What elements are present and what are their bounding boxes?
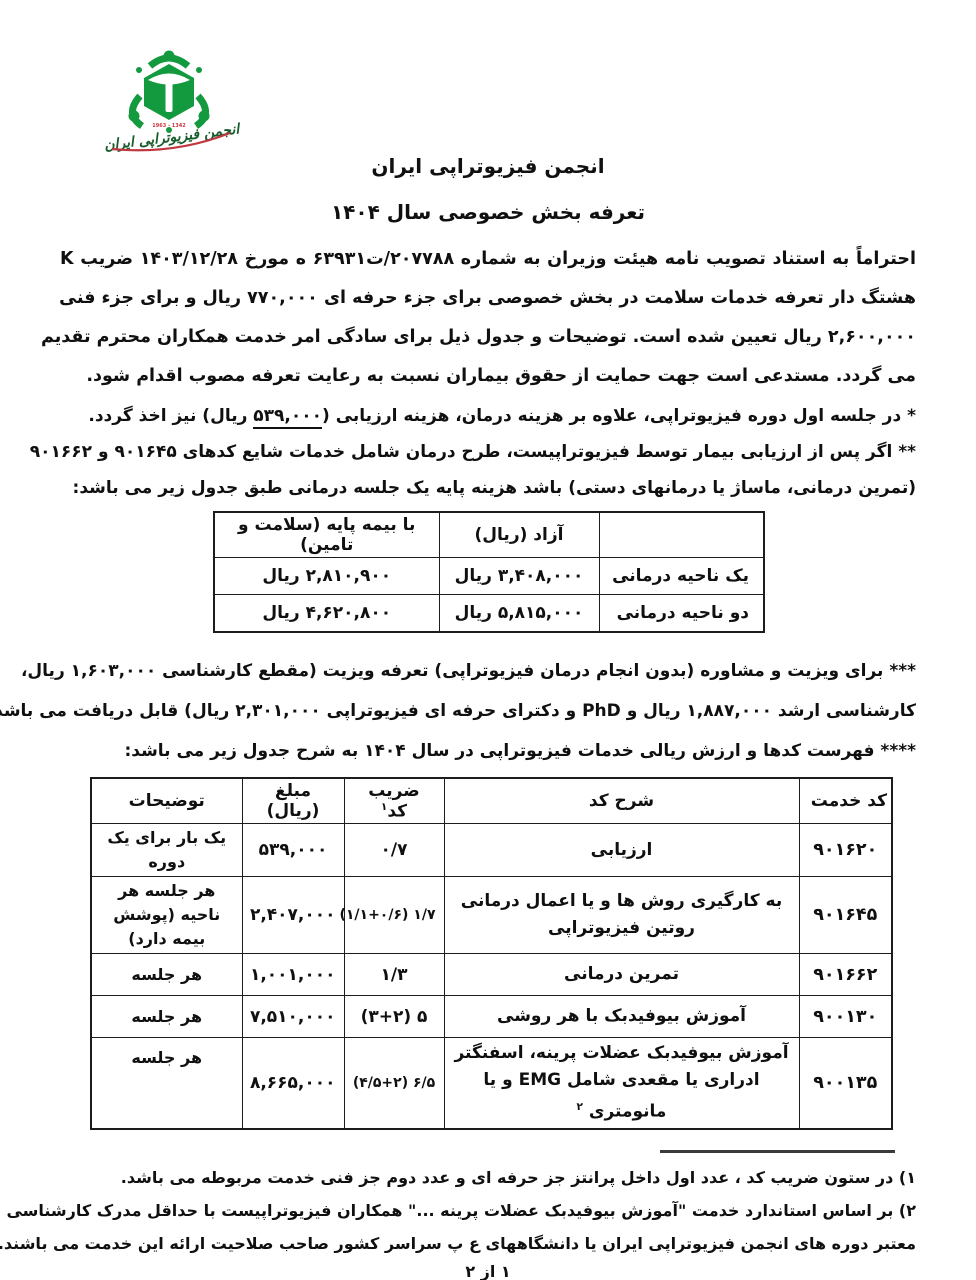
intro-line: احتراماً به استناد تصویب نامه هیئت وزیرا… xyxy=(60,240,916,279)
description-cell: به کارگیری روش ها و یا اعمال درمانی روتی… xyxy=(444,877,799,954)
intro-line: ۲,۶۰۰,۰۰۰ ریال تعیین شده است. توضیحات و … xyxy=(60,318,916,357)
session-fee-table: آزاد (ریال) با بیمه پایه (سلامت و تامین)… xyxy=(213,511,765,633)
underlined-amount: ۵۳۹,۰۰۰ xyxy=(253,406,322,429)
free-amount-cell: ۵,۸۱۵,۰۰۰ ریال xyxy=(439,595,599,632)
logo-torch-icon xyxy=(166,82,173,112)
amount-cell: ۵۳۹,۰۰۰ xyxy=(242,824,344,877)
amount-cell: ۱,۰۰۱,۰۰۰ xyxy=(242,954,344,996)
notes-cell: هر جلسه xyxy=(91,1038,242,1129)
notes-cell: هر جلسه xyxy=(91,996,242,1038)
footnote-2-line1: ۲) بر اساس استاندارد خدمت "آموزش بیوفیدب… xyxy=(60,1194,916,1227)
tariff-table: کد خدمت شرح کد ضریب کد۱ مبلغ (ریال) توضی… xyxy=(90,777,893,1130)
table-row: ۹۰۱۶۶۲ تمرین درمانی ۱/۳ ۱,۰۰۱,۰۰۰ هر جلس… xyxy=(91,954,892,996)
page-number: ۱ از ۲ xyxy=(60,1260,916,1280)
notes-cell: یک بار برای یک دوره xyxy=(91,824,242,877)
coefficient-cell: ۱/۷ (۱/۱+۰/۶) xyxy=(344,877,444,954)
note-first-session: * در جلسه اول دوره فیزیوتراپی، علاوه بر … xyxy=(60,398,916,434)
amount-cell: ۸,۶۶۵,۰۰۰ xyxy=(242,1038,344,1129)
note-common-codes-line2: (تمرین درمانی، ماساژ یا درمانهای دستی) ب… xyxy=(60,470,916,506)
table-row: ۹۰۱۶۲۰ ارزیابی ۰/۷ ۵۳۹,۰۰۰ یک بار برای ی… xyxy=(91,824,892,877)
table-row: یک ناحیه درمانی ۳,۴۰۸,۰۰۰ ریال ۲,۸۱۰,۹۰۰… xyxy=(214,558,764,595)
intro-line: هشتگ دار تعرفه خدمات سلامت در بخش خصوصی … xyxy=(60,279,916,318)
footnote-ref-2: ۲ xyxy=(577,1101,583,1113)
service-code-header: کد خدمت xyxy=(799,778,892,824)
description-cell: آموزش بیوفیدبک عضلات پرینه، اسفنگتر ادرا… xyxy=(444,1038,799,1129)
footnote-divider xyxy=(660,1150,895,1153)
notes-cell: هر جلسه xyxy=(91,954,242,996)
empty-header-cell xyxy=(599,512,764,558)
code-coefficient-header: ضریب کد۱ xyxy=(344,778,444,824)
coefficient-cell: ۱/۳ xyxy=(344,954,444,996)
footnote-1: ۱) در ستون ضریب کد ، عدد اول داخل پرانتز… xyxy=(60,1161,916,1194)
note-text: در جلسه اول دوره فیزیوتراپی، علاوه بر هز… xyxy=(322,406,901,426)
description-cell: تمرین درمانی xyxy=(444,954,799,996)
region-label-cell: یک ناحیه درمانی xyxy=(599,558,764,595)
code-list-note: **** فهرست کدها و ارزش ریالی خدمات فیزیو… xyxy=(60,733,916,769)
visit-note-line1: *** برای ویزیت و مشاوره (بدون انجام درما… xyxy=(60,651,916,691)
coefficient-cell: ۵ (۳+۲) xyxy=(344,996,444,1038)
logo-arm-left xyxy=(132,96,142,126)
logo-graphic: IRANIAN PHYSIOTHERAPY ASSOCIATION 1342 -… xyxy=(83,20,255,154)
service-code-cell: ۹۰۰۱۳۵ xyxy=(799,1038,892,1129)
note-common-codes-line1: ** اگر پس از ارزیابی بیمار توسط فیزیوترا… xyxy=(60,434,916,470)
intro-line: می گردد. مستدعی است جهت حمایت از حقوق بی… xyxy=(60,357,916,396)
free-amount-cell: ۳,۴۰۸,۰۰۰ ریال xyxy=(439,558,599,595)
insured-amount-cell: ۴,۶۲۰,۸۰۰ ریال xyxy=(214,595,439,632)
intro-paragraph: احتراماً به استناد تصویب نامه هیئت وزیرا… xyxy=(60,240,916,396)
page-subtitle: تعرفه بخش خصوصی سال ۱۴۰۴ xyxy=(60,196,916,228)
table-header-row: کد خدمت شرح کد ضریب کد۱ مبلغ (ریال) توضی… xyxy=(91,778,892,824)
service-code-cell: ۹۰۱۶۶۲ xyxy=(799,954,892,996)
table-row: دو ناحیه درمانی ۵,۸۱۵,۰۰۰ ریال ۴,۶۲۰,۸۰۰… xyxy=(214,595,764,632)
footnotes: ۱) در ستون ضریب کد ، عدد اول داخل پرانتز… xyxy=(60,1161,916,1260)
table-row: ۹۰۰۱۳۵ آموزش بیوفیدبک عضلات پرینه، اسفنگ… xyxy=(91,1038,892,1129)
visit-tariff-note: *** برای ویزیت و مشاوره (بدون انجام درما… xyxy=(60,651,916,731)
note-marker: * xyxy=(907,406,916,426)
description-cell: آموزش بیوفیدبک با هر روشی xyxy=(444,996,799,1038)
description-cell: ارزیابی xyxy=(444,824,799,877)
insured-tariff-header: با بیمه پایه (سلامت و تامین) xyxy=(214,512,439,558)
association-logo: IRANIAN PHYSIOTHERAPY ASSOCIATION 1342 -… xyxy=(83,20,255,154)
service-code-cell: ۹۰۱۶۴۵ xyxy=(799,877,892,954)
service-code-cell: ۹۰۱۶۲۰ xyxy=(799,824,892,877)
service-code-cell: ۹۰۰۱۳۰ xyxy=(799,996,892,1038)
code-description-header: شرح کد xyxy=(444,778,799,824)
table-header-row: آزاد (ریال) با بیمه پایه (سلامت و تامین) xyxy=(214,512,764,558)
page-container: IRANIAN PHYSIOTHERAPY ASSOCIATION 1342 -… xyxy=(0,0,976,1280)
logo-emblem: 1342 - 1963 xyxy=(129,51,210,134)
asterisk-notes: * در جلسه اول دوره فیزیوتراپی، علاوه بر … xyxy=(60,398,916,506)
amount-cell: ۷,۵۱۰,۰۰۰ xyxy=(242,996,344,1038)
amount-cell: ۲,۴۰۷,۰۰۰ xyxy=(242,877,344,954)
note-text: ریال) نیز اخذ گردد. xyxy=(88,406,253,426)
footnote-2-line2: معتبر دوره های انجمن فیزیوتراپی ایران یا… xyxy=(60,1227,916,1260)
amount-header: مبلغ (ریال) xyxy=(242,778,344,824)
logo-arc-text: IRANIAN PHYSIOTHERAPY ASSOCIATION xyxy=(83,20,89,23)
visit-note-line2: کارشناسی ارشد ۱,۸۸۷,۰۰۰ ریال و PhD و دکت… xyxy=(60,691,916,731)
insured-amount-cell: ۲,۸۱۰,۹۰۰ ریال xyxy=(214,558,439,595)
coefficient-cell: ۰/۷ xyxy=(344,824,444,877)
table-row: ۹۰۰۱۳۰ آموزش بیوفیدبک با هر روشی ۵ (۳+۲)… xyxy=(91,996,892,1038)
region-label-cell: دو ناحیه درمانی xyxy=(599,595,764,632)
table-row: ۹۰۱۶۴۵ به کارگیری روش ها و یا اعمال درما… xyxy=(91,877,892,954)
notes-header: توضیحات xyxy=(91,778,242,824)
coefficient-cell: ۶/۵ (۴/۵+۲) xyxy=(344,1038,444,1129)
logo-arm-right xyxy=(196,96,206,126)
free-tariff-header: آزاد (ریال) xyxy=(439,512,599,558)
notes-cell: هر جلسه هر ناحیه (پوشش بیمه دارد) xyxy=(91,877,242,954)
